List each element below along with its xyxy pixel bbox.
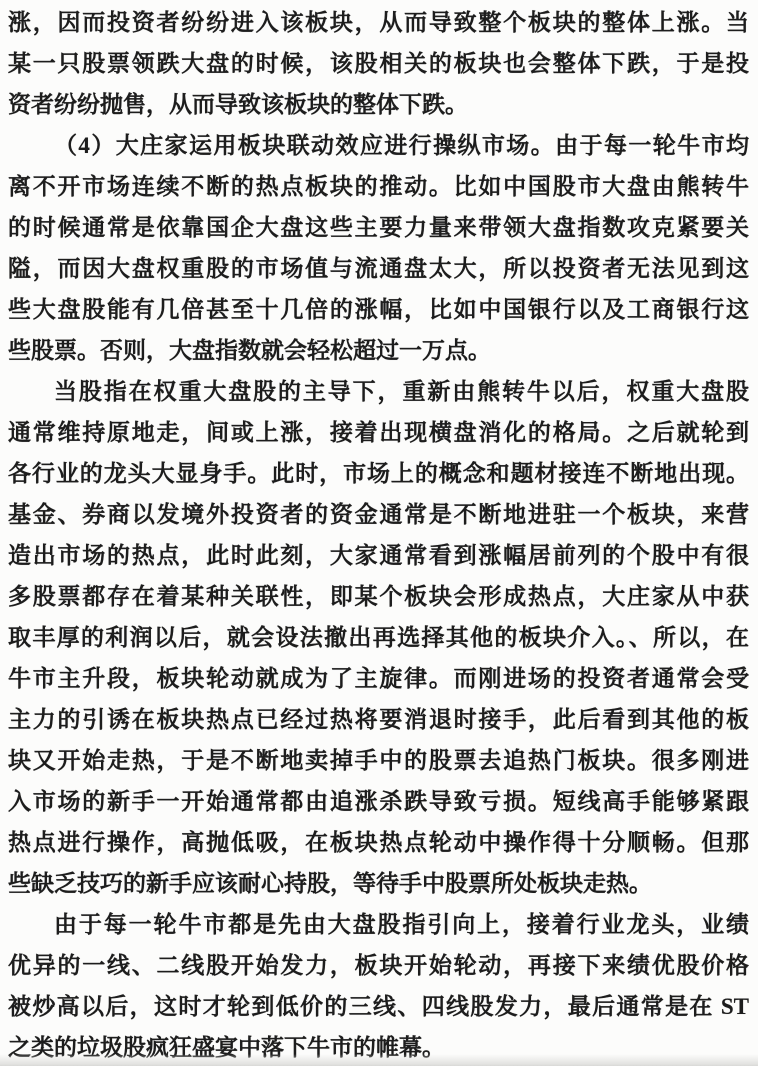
paragraph-2-line-1: （4）大庄家运用板块联动效应进行操纵市场。由于每一轮牛市均 (8, 125, 749, 166)
paragraph-4-line-3: 被炒高以后，这时才轮到低价的三线、四线股发力，最后通常是在 ST (8, 986, 749, 1027)
paragraph-4-line-1: 由于每一轮牛市都是先由大盘股指引向上，接着行业龙头，业绩 (8, 904, 749, 945)
paragraph-1-line-3: 资者纷纷抛售，从而导致该板块的整体下跌。 (8, 84, 749, 125)
paragraph-2-line-4: 隘，而因大盘权重股的市场值与流通盘太大，所以投资者无法见到这 (8, 248, 749, 289)
paragraph-3-line-12: 热点进行操作，高抛低吸，在板块热点轮动中操作得十分顺畅。但那 (8, 822, 749, 863)
document-page: 涨，因而投资者纷纷进入该板块，从而导致整个板块的整体上涨。当某一只股票领跌大盘的… (0, 0, 758, 1066)
paragraph-3-line-7: 取丰厚的利润以后，就会设法撤出再选择其他的板块介入。、所以，在 (8, 617, 749, 658)
page-text: 涨，因而投资者纷纷进入该板块，从而导致整个板块的整体上涨。当某一只股票领跌大盘的… (8, 2, 749, 1066)
paragraph-1-line-1: 涨，因而投资者纷纷进入该板块，从而导致整个板块的整体上涨。当 (8, 2, 749, 43)
paragraph-4-line-4: 之类的垃圾股疯狂盛宴中落下牛市的帷幕。 (8, 1027, 749, 1066)
paragraph-3-line-4: 基金、券商以发境外投资者的资金通常是不断地进驻一个板块，来营 (8, 494, 749, 535)
paragraph-2-line-2: 离不开市场连续不断的热点板块的推动。比如中国股市大盘由熊转牛 (8, 166, 749, 207)
paragraph-2-line-5: 些大盘股能有几倍甚至十几倍的涨幅，比如中国银行以及工商银行这 (8, 289, 749, 330)
paragraph-3-line-10: 块又开始走热，于是不断地卖掉手中的股票去追热门板块。很多刚进 (8, 740, 749, 781)
paragraph-3-line-8: 牛市主升段，板块轮动就成为了主旋律。而刚进场的投资者通常会受 (8, 658, 749, 699)
paragraph-3-line-5: 造出市场的热点，此时此刻，大家通常看到涨幅居前列的个股中有很 (8, 535, 749, 576)
paragraph-4-line-2: 优异的一线、二线股开始发力，板块开始轮动，再接下来绩优股价格 (8, 945, 749, 986)
paragraph-3-line-9: 主力的引诱在板块热点已经过热将要消退时接手，此后看到其他的板 (8, 699, 749, 740)
paragraph-3-line-6: 多股票都存在着某种关联性，即某个板块会形成热点，大庄家从中获 (8, 576, 749, 617)
paragraph-3-line-3: 各行业的龙头大显身手。此时，市场上的概念和题材接连不断地出现。 (8, 453, 749, 494)
paragraph-3-line-2: 通常维持原地走，间或上涨，接着出现横盘消化的格局。之后就轮到 (8, 412, 749, 453)
paragraph-1-line-2: 某一只股票领跌大盘的时候，该股相关的板块也会整体下跌，于是投 (8, 43, 749, 84)
paragraph-3-line-13: 些缺乏技巧的新手应该耐心持股，等待手中股票所处板块走热。 (8, 863, 749, 904)
paragraph-2-line-3: 的时候通常是依靠国企大盘这些主要力量来带领大盘指数攻克紧要关 (8, 207, 749, 248)
paragraph-3-line-1: 当股指在权重大盘股的主导下，重新由熊转牛以后，权重大盘股 (8, 371, 749, 412)
paragraph-2-line-6: 些股票。否则，大盘指数就会轻松超过一万点。 (8, 330, 749, 371)
paragraph-3-line-11: 入市场的新手一开始通常都由追涨杀跌导致亏损。短线高手能够紧跟 (8, 781, 749, 822)
